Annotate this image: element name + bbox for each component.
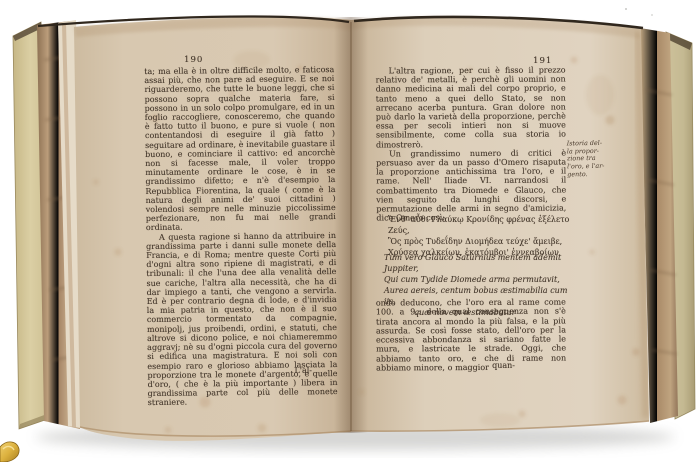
page-number-right: 191 — [533, 56, 552, 66]
left-paragraph-1: ta; ma ella è in oltre difficile molto, … — [144, 65, 336, 233]
open-book-illustration — [0, 0, 700, 462]
greek-verse-line: Ὃς πρὸς Τυδεΐδην Διομήδεα τεύχε' ἄμειβε, — [388, 236, 573, 247]
right-paragraph-1: L'altra ragione, per cui è fisso il prez… — [376, 66, 566, 150]
catchword-left: L'al- — [250, 366, 312, 375]
catchword-right: quan- — [463, 361, 515, 370]
page-number-left: 190 — [184, 55, 203, 65]
left-paragraph-2: A questa ragione si hanno da attribuire … — [146, 231, 338, 408]
left-page-text: ta; ma ella è in oltre difficile molto, … — [144, 65, 338, 407]
gutter-shadow — [334, 17, 368, 433]
margin-note-line: gento. — [567, 170, 615, 179]
margin-note: Istoria del- la propor- zione tra l'oro,… — [567, 140, 616, 179]
latin-verse-line: Tum vero Glauco Saturnius mentem ademit … — [384, 252, 574, 274]
greek-verse-line: Ἔνθ' αὖθι Γλαύκῳ Κρονίδης φρένας ἐξέλετο… — [388, 214, 573, 236]
right-paragraph-2: Un grandissimo numero di critici è persu… — [376, 148, 566, 223]
gilt-clasp — [0, 442, 19, 462]
book-photo: 190 ta; ma ella è in oltre difficile mol… — [0, 0, 700, 462]
right-page-text: L'altra ragione, per cui è fisso il prez… — [376, 66, 567, 223]
latin-verse-line: Qui cum Tydide Diomede arma permutavit, — [384, 274, 574, 285]
dust-specks — [625, 8, 653, 16]
